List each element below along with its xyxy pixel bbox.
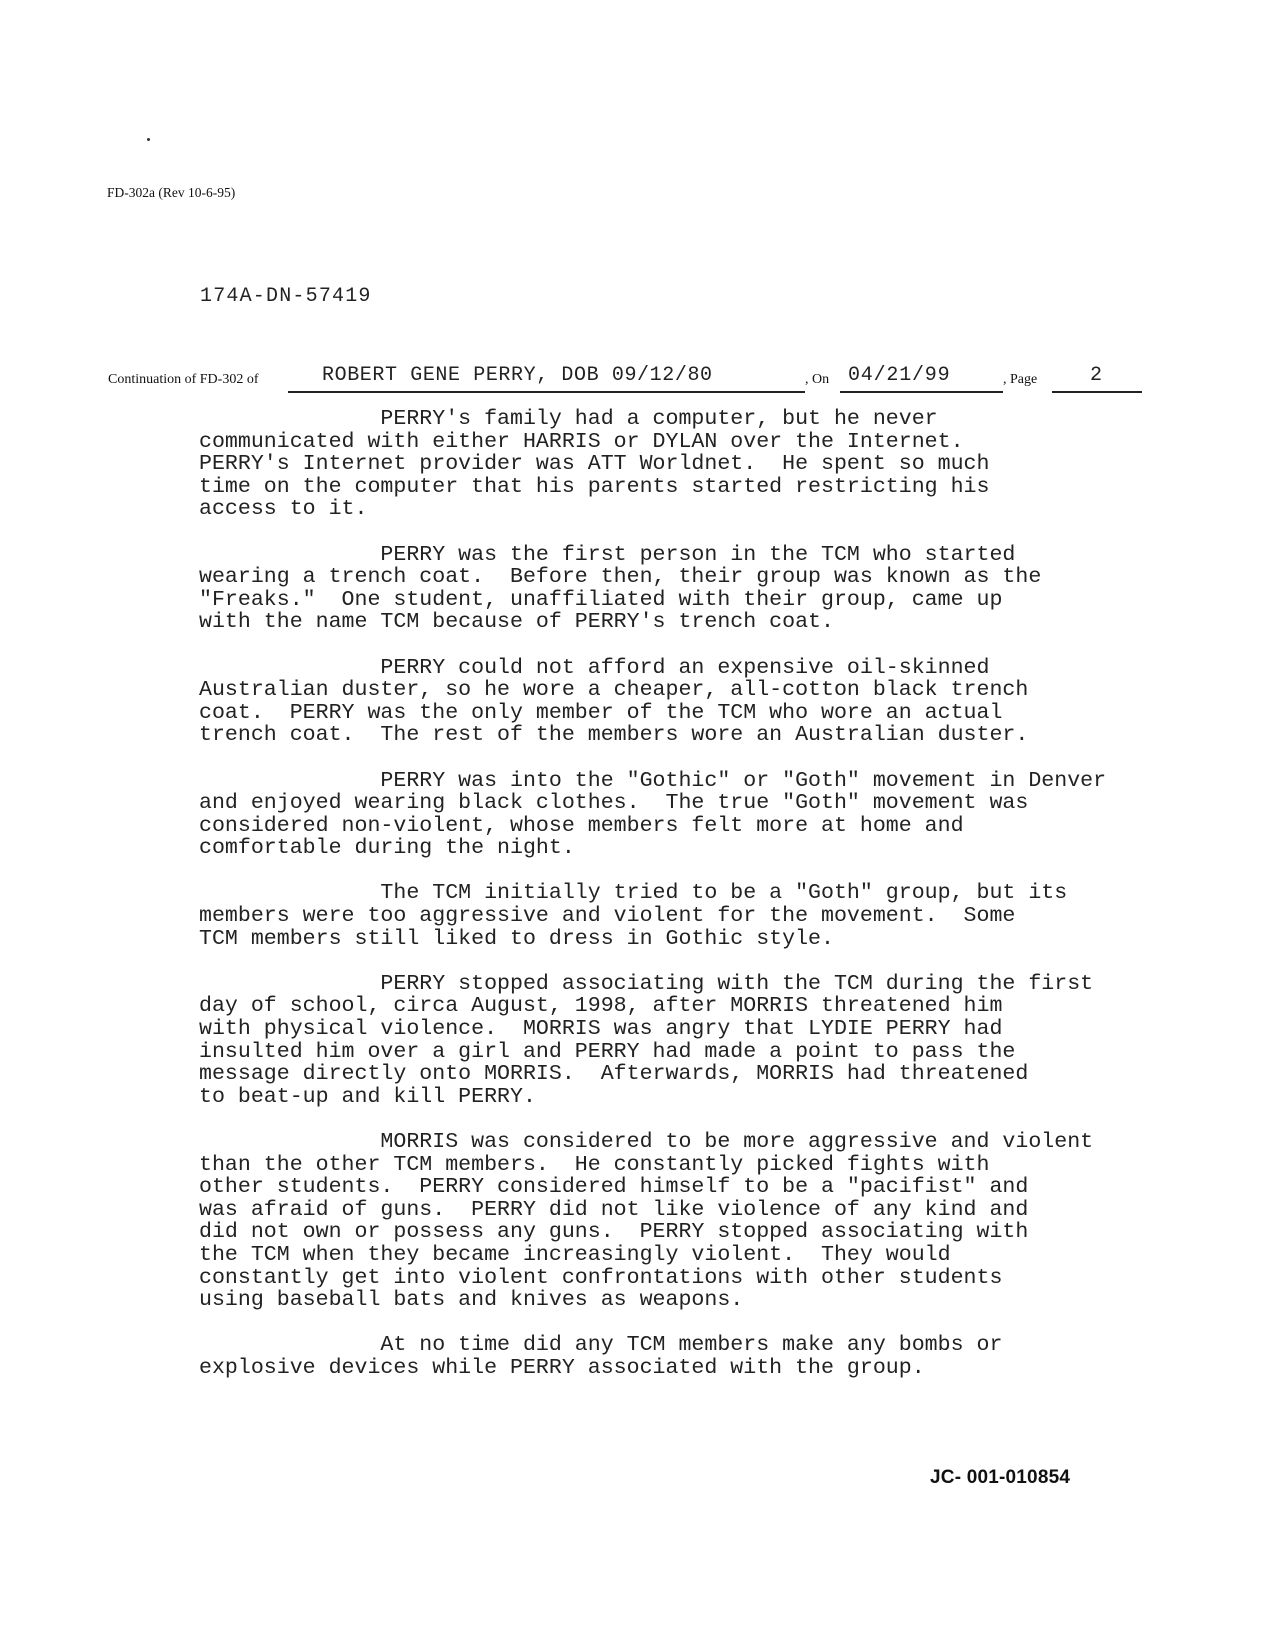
file-number: 174A-DN-57419 [200,285,372,308]
interview-date: 04/21/99 [848,364,950,387]
paragraph-goth-movement: PERRY was into the "Gothic" or "Goth" mo… [199,770,1159,860]
paragraph-tcm-goth: The TCM initially tried to be a "Goth" g… [199,882,1159,950]
scan-speck [147,138,150,141]
continuation-label: Continuation of FD-302 of [108,372,259,388]
on-label: , On [805,372,829,388]
document-body: PERRY's family had a computer, but he ne… [199,408,1159,1402]
subject-name: ROBERT GENE PERRY, DOB 09/12/80 [322,364,713,387]
page-label: , Page [1003,372,1037,388]
paragraph-trench-coat: PERRY was the first person in the TCM wh… [199,544,1159,634]
subject-underline [288,391,805,393]
bates-number: JC- 001-010854 [930,1467,1070,1489]
paragraph-computer: PERRY's family had a computer, but he ne… [199,408,1159,521]
form-id: FD-302a (Rev 10-6-95) [107,185,235,201]
paragraph-duster: PERRY could not afford an expensive oil-… [199,657,1159,747]
page-underline [1052,391,1142,393]
date-underline [840,391,1003,393]
paragraph-stopped-associating: PERRY stopped associating with the TCM d… [199,973,1159,1109]
page-number: 2 [1090,364,1102,387]
paragraph-no-bombs: At no time did any TCM members make any … [199,1334,1159,1379]
paragraph-morris: MORRIS was considered to be more aggress… [199,1131,1159,1312]
